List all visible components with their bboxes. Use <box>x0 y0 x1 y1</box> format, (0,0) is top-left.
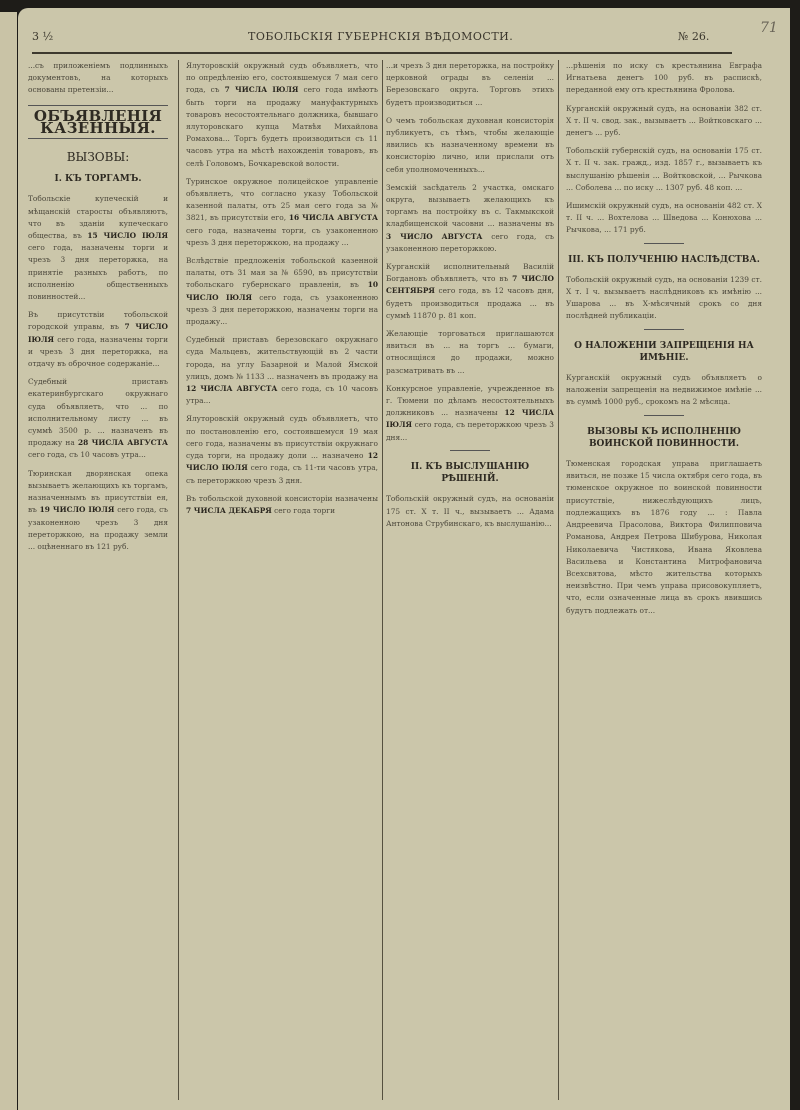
notice: Тобольскій окружный судъ, на основаніи 1… <box>566 274 762 323</box>
notice: Курганскій исполнительный Василій Богдан… <box>386 261 554 322</box>
left-page-edge <box>0 12 17 1110</box>
column-divider <box>178 60 179 1100</box>
notice: Конкурсное управленіе, учрежденное въ г.… <box>386 383 554 444</box>
notice: Туринское окружное полицейское управлені… <box>186 176 378 249</box>
page-header: 3 ½ ТОБОЛЬСКІЯ ГУБЕРНСКІЯ ВѢДОМОСТИ. № 2… <box>18 28 790 48</box>
header-mark: 3 ½ <box>32 30 53 43</box>
section-divider <box>450 450 490 451</box>
column-3: ...и чрезъ 3 дня переторжка, на постройк… <box>386 60 554 1110</box>
heading-summons: ВЫЗОВЫ: <box>28 151 168 163</box>
column-2: Ялуторовскій окружный судъ объявляетъ, ч… <box>186 60 378 1110</box>
notice: Желающіе торговаться приглашаются явитьс… <box>386 328 554 377</box>
section-divider <box>644 243 684 244</box>
notice: Судебный приставъ екатеринбургскаго окру… <box>28 376 168 461</box>
notice: Курганскій окружный судъ, на основаніи 3… <box>566 103 762 140</box>
newspaper-page: 71 3 ½ ТОБОЛЬСКІЯ ГУБЕРНСКІЯ ВѢДОМОСТИ. … <box>18 8 790 1110</box>
header-rule <box>32 52 732 54</box>
section-military-service: ВЫЗОВЫ КЪ ИСПОЛНЕНІЮ ВОИНСКОЙ ПОВИННОСТИ… <box>566 426 762 450</box>
column-4: ...рѣшенія по иску съ крестьянина Евграф… <box>566 60 762 1110</box>
column-divider <box>382 60 383 1100</box>
notice: Судебный приставъ березовскаго окружнаго… <box>186 334 378 407</box>
notice: Ялуторовскій окружный судъ объявляетъ, ч… <box>186 413 378 486</box>
heading-official-notices: ОБЪЯВЛЕНІЯ КАЗЕННЫЯ. <box>28 105 168 139</box>
notice: Тобольскіе купеческій и мѣщанскій старос… <box>28 193 168 303</box>
issue-number: № 26. <box>678 30 709 43</box>
notice: Тобольскій окружный судъ, на основаніи 1… <box>386 493 554 530</box>
notice: Ялуторовскій окружный судъ объявляетъ, ч… <box>186 60 378 170</box>
newspaper-title: ТОБОЛЬСКІЯ ГУБЕРНСКІЯ ВѢДОМОСТИ. <box>248 30 513 43</box>
notice: Въ тобольской духовной консисторіи назна… <box>186 493 378 517</box>
notice: ...рѣшенія по иску съ крестьянина Евграф… <box>566 60 762 97</box>
section-property-ban: О НАЛОЖЕНІИ ЗАПРЕЩЕНІЯ НА ИМѢНІЕ. <box>566 340 762 364</box>
section-divider <box>644 415 684 416</box>
section-divider <box>644 329 684 330</box>
notice: ...и чрезъ 3 дня переторжка, на постройк… <box>386 60 554 109</box>
notice: Тобольскій губернскій судъ, на основаніи… <box>566 145 762 194</box>
notice: Ишимскій окружный судъ, на основаніи 482… <box>566 200 762 237</box>
section-to-auctions: I. КЪ ТОРГАМЪ. <box>28 173 168 185</box>
notice: Тюринская дворянская опека вызываетъ жел… <box>28 468 168 553</box>
column-1: ...съ приложеніемъ подлинныхъ документов… <box>28 60 168 1110</box>
section-inheritance: III. КЪ ПОЛУЧЕНІЮ НАСЛѢДСТВА. <box>566 254 762 266</box>
section-hearing-decisions: II. КЪ ВЫСЛУШАНІЮ РѢШЕНІЙ. <box>386 461 554 485</box>
notice: Земскій засѣдатель 2 участка, омскаго ок… <box>386 182 554 255</box>
notice: Въ присутствіи тобольской городской упра… <box>28 309 168 370</box>
notice: Тюменская городская управа приглашаетъ я… <box>566 458 762 617</box>
notice: Вслѣдствіе предложенія тобольской казенн… <box>186 255 378 328</box>
notice: О чемъ тобольская духовная консисторія п… <box>386 115 554 176</box>
col1-intro: ...съ приложеніемъ подлинныхъ документов… <box>28 60 168 97</box>
notice: Курганскій окружный судъ объявляетъ о на… <box>566 372 762 409</box>
column-divider <box>558 60 559 1100</box>
